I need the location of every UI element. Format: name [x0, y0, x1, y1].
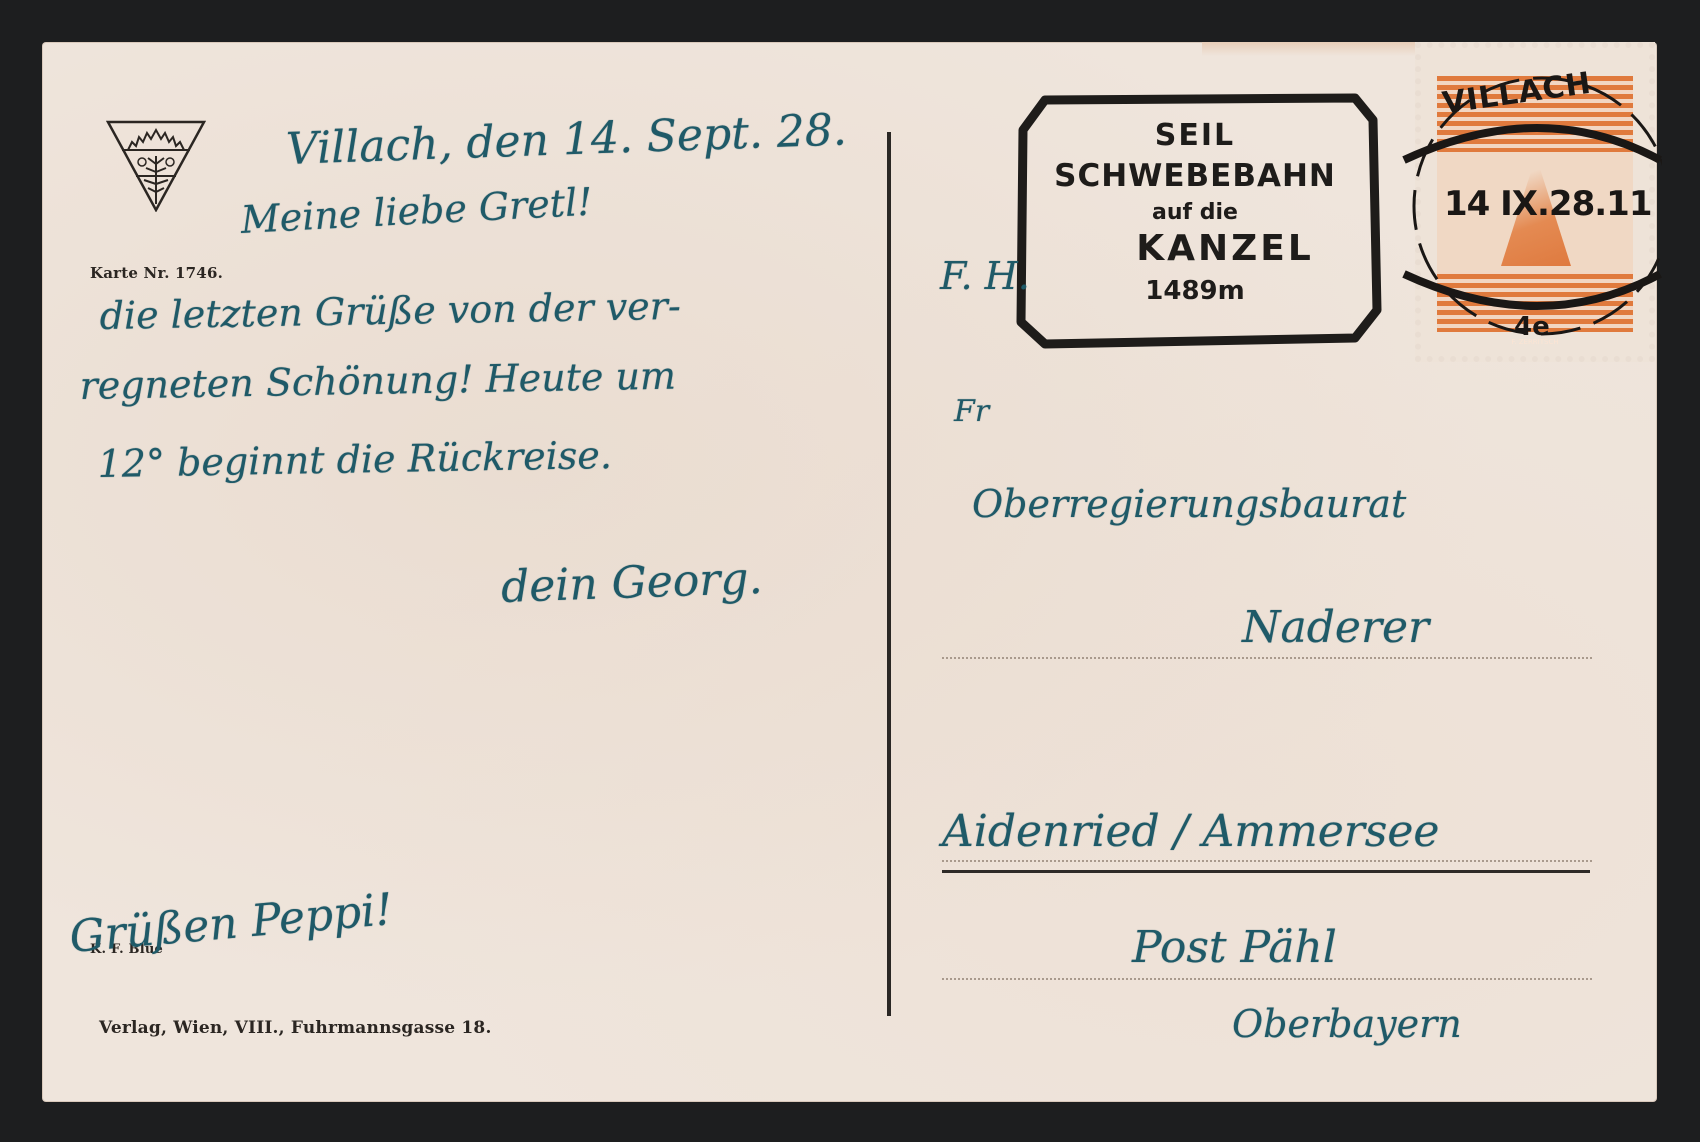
cachet-line-4: KANZEL	[1005, 228, 1415, 269]
address-initials: F. H.	[940, 254, 1030, 298]
cachet-line-1: SEIL	[1005, 118, 1385, 153]
message-line-2: regneten Schönung! Heute um	[79, 354, 676, 408]
address-divider	[887, 132, 891, 1016]
address-region: Oberbayern	[1232, 1002, 1462, 1046]
message-line-1: die letzten Grüße von der ver-	[99, 284, 681, 338]
message-signature: dein Georg.	[500, 553, 763, 613]
address-name: Naderer	[1242, 602, 1429, 653]
address-honorific: Fr	[954, 394, 989, 429]
cachet-line-3: auf die	[1005, 200, 1385, 225]
address-line-1	[942, 657, 1592, 659]
address-line-2	[942, 860, 1592, 862]
postmark-date: 14 IX.28.11	[1444, 184, 1651, 224]
publisher-imprint: Verlag, Wien, VIII., Fuhrmannsgasse 18.	[99, 1018, 492, 1038]
message-line-3: 12° beginnt die Rückreise.	[97, 433, 612, 486]
message-dateline: Villach, den 14. Sept. 28.	[285, 104, 847, 175]
address-place-underline	[942, 870, 1590, 873]
cachet-line-2: SCHWEBEBAHN	[1005, 158, 1385, 194]
message-salutation: Meine liebe Gretl!	[240, 180, 594, 242]
address-place: Aidenried / Ammersee	[942, 806, 1439, 857]
cable-car-cachet: SEIL SCHWEBEBAHN auf die KANZEL 1489m	[1005, 90, 1385, 350]
address-title: Oberregierungsbaurat	[972, 482, 1406, 526]
postmark-code: 4e	[1514, 312, 1550, 342]
card-number: Karte Nr. 1746.	[90, 264, 223, 282]
shield-sun-oak-crest-icon	[106, 120, 206, 212]
message-postscript: Grüßen Peppi!	[68, 884, 395, 963]
cachet-line-5: 1489m	[1005, 276, 1385, 306]
postcard: Karte Nr. 1746. K. F. Blue Verlag, Wien,…	[42, 42, 1657, 1102]
address-via: Post Pähl	[1132, 922, 1337, 973]
villach-postmark: VILLACH 14 IX.28.11 4e	[1402, 56, 1662, 356]
address-line-3	[942, 978, 1592, 980]
